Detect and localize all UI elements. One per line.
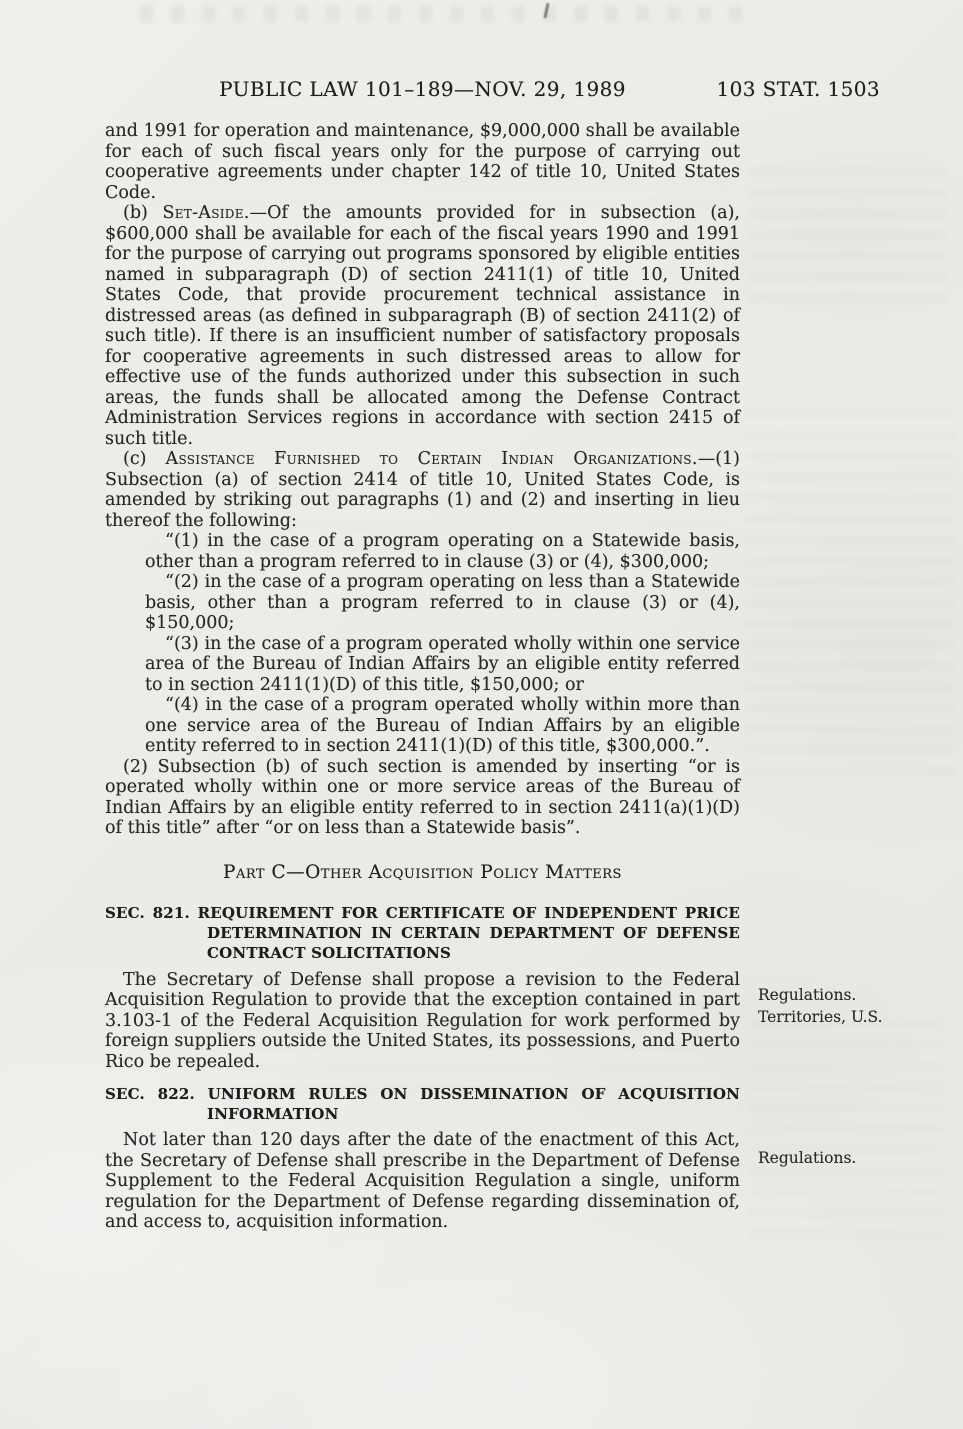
scan-smudge-top <box>140 6 760 22</box>
sec-822-number: SEC. 822. <box>105 1085 208 1103</box>
subsection-b-number: (b) <box>123 203 162 223</box>
quoted-clause-3: “(3) in the case of a program operated w… <box>105 634 740 696</box>
continuation-paragraph: and 1991 for operation and maintenance, … <box>105 121 740 203</box>
margin-note-regulations: Regulations. <box>758 1147 928 1169</box>
margin-note-line: Regulations. <box>758 1147 928 1169</box>
stat-page-number: 103 STAT. 1503 <box>717 76 880 102</box>
quoted-clause-4: “(4) in the case of a program operated w… <box>105 695 740 757</box>
bleed-through-right-lower <box>748 1020 943 1250</box>
part-c-heading: Part C—Other Acquisition Policy Matters <box>105 861 740 884</box>
sec-821-number: SEC. 821. <box>105 904 198 922</box>
bleed-through-right-upper <box>748 168 946 308</box>
margin-note-regulations-territories: Regulations. Territories, U.S. <box>758 984 928 1028</box>
subsection-b-text: —Of the amounts provided for in subsecti… <box>105 203 740 449</box>
sec-821-title: REQUIREMENT FOR CERTIFICATE OF INDEPENDE… <box>198 904 740 962</box>
sec-822-heading: SEC. 822. UNIFORM RULES ON DISSEMINATION… <box>105 1084 740 1124</box>
subsection-c-label: Assistance Furnished to Certain Indian O… <box>166 449 698 469</box>
statute-text-column: and 1991 for operation and maintenance, … <box>105 121 740 1233</box>
sec-821-body: The Secretary of Defense shall propose a… <box>105 970 740 1073</box>
sec-822-body: Not later than 120 days after the date o… <box>105 1130 740 1233</box>
subsection-b-label: Set-Aside. <box>162 203 249 223</box>
statute-page: PUBLIC LAW 101–189—NOV. 29, 1989 103 STA… <box>0 0 963 1429</box>
subsection-c-number: (c) <box>123 449 166 469</box>
subsection-b-paragraph: (b) Set-Aside.—Of the amounts provided f… <box>105 203 740 449</box>
margin-note-line: Territories, U.S. <box>758 1006 928 1028</box>
sec-822-title: UNIFORM RULES ON DISSEMINATION OF ACQUIS… <box>207 1085 740 1123</box>
amendment-paragraph-2: (2) Subsection (b) of such section is am… <box>105 757 740 839</box>
subsection-c-paragraph: (c) Assistance Furnished to Certain Indi… <box>105 449 740 531</box>
bleed-through-right-middle <box>745 410 955 780</box>
quoted-clause-1: “(1) in the case of a program operating … <box>105 531 740 572</box>
sec-821-heading: SEC. 821. REQUIREMENT FOR CERTIFICATE OF… <box>105 903 740 963</box>
quoted-clause-2: “(2) in the case of a program operating … <box>105 572 740 634</box>
margin-note-line: Regulations. <box>758 984 928 1006</box>
law-title: PUBLIC LAW 101–189—NOV. 29, 1989 <box>105 76 740 102</box>
scan-pen-mark <box>543 3 549 18</box>
document-header: PUBLIC LAW 101–189—NOV. 29, 1989 103 STA… <box>105 76 880 102</box>
